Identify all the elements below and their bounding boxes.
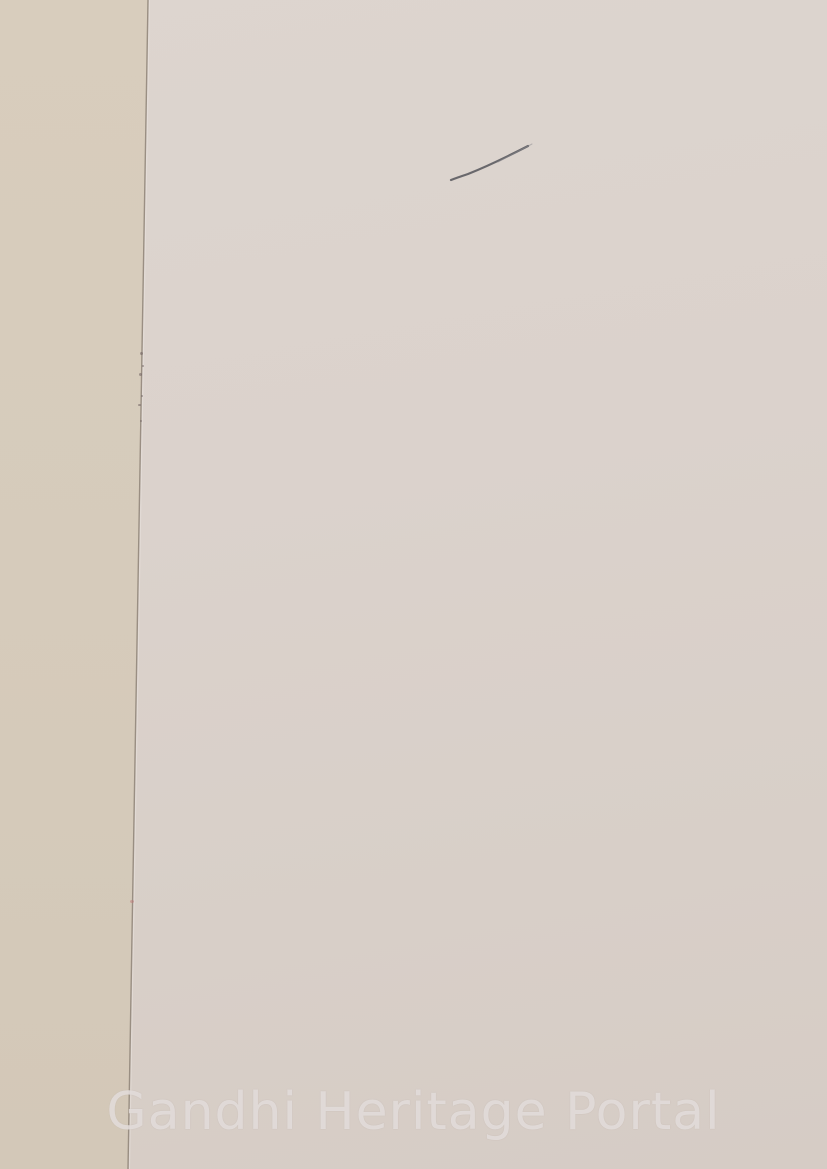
watermark-text: Gandhi Heritage Portal (0, 1082, 827, 1142)
pencil-mark (448, 140, 538, 186)
